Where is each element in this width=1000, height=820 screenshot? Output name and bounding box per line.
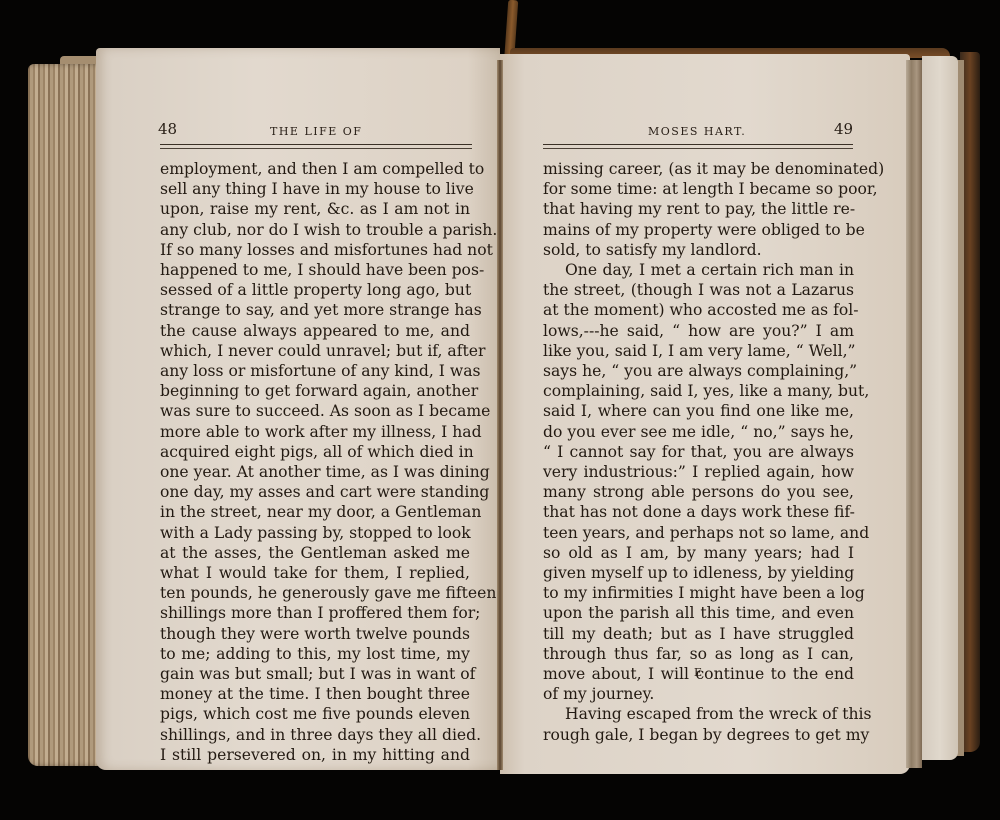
- text-line: one day, my asses and cart were standing: [160, 482, 470, 502]
- header-rule-left-thin: [160, 148, 472, 149]
- page-number-right: 49: [834, 120, 853, 138]
- text-line: One day, I met a certain rich man in: [543, 260, 854, 280]
- signature-mark: E: [694, 666, 702, 679]
- text-line: Having escaped from the wreck of this: [543, 704, 854, 724]
- header-rule-right-thin: [543, 148, 853, 149]
- text-line: in the street, near my door, a Gentleman: [160, 502, 470, 522]
- right-loose-leaf: [922, 56, 958, 760]
- text-line: though they were worth twelve pounds: [160, 624, 470, 644]
- running-head-right: MOSES HART.: [648, 125, 746, 138]
- text-line: beginning to get forward again, another: [160, 381, 470, 401]
- text-line: of my journey.: [543, 684, 854, 704]
- text-line: given myself up to idleness, by yielding: [543, 563, 854, 583]
- text-line: sessed of a little property long ago, bu…: [160, 280, 470, 300]
- running-head-left: THE LIFE OF: [270, 125, 362, 138]
- text-line: with a Lady passing by, stopped to look: [160, 523, 470, 543]
- text-line: said I, where can you find one like me,: [543, 401, 854, 421]
- text-line: do you ever see me idle, “ no,” says he,: [543, 422, 854, 442]
- text-line: like you, said I, I am very lame, “ Well…: [543, 341, 854, 361]
- text-line: through thus far, so as long as I can,: [543, 644, 854, 664]
- text-line: upon, raise my rent, &c. as I am not in: [160, 199, 470, 219]
- text-line: money at the time. I then bought three: [160, 684, 470, 704]
- text-line: very industrious:” I replied again, how: [543, 462, 854, 482]
- text-line: upon the parish all this time, and even: [543, 603, 854, 623]
- text-line: to my infirmities I might have been a lo…: [543, 583, 854, 603]
- text-line: I still persevered on, in my hitting and: [160, 745, 470, 765]
- text-line: more able to work after my illness, I ha…: [160, 422, 470, 442]
- text-line: that having my rent to pay, the little r…: [543, 199, 854, 219]
- text-line: teen years, and perhaps not so lame, and: [543, 523, 854, 543]
- text-line: complaining, said I, yes, like a many, b…: [543, 381, 854, 401]
- header-rule-right: [543, 144, 853, 145]
- left-page-body: employment, and then I am compelled to s…: [160, 159, 470, 765]
- text-line: strange to say, and yet more strange has: [160, 300, 470, 320]
- text-line: mains of my property were obliged to be: [543, 220, 854, 240]
- text-line: any loss or misfortune of any kind, I wa…: [160, 361, 470, 381]
- right-page-body: missing career, (as it may be denominate…: [543, 159, 854, 745]
- text-line: “ I cannot say for that, you are always: [543, 442, 854, 462]
- text-line: so old as I am, by many years; had I: [543, 543, 854, 563]
- text-line: that has not done a days work these fif-: [543, 502, 854, 522]
- text-line: sell any thing I have in my house to liv…: [160, 179, 470, 199]
- text-line: any club, nor do I wish to trouble a par…: [160, 220, 470, 240]
- text-line: gain was but small; but I was in want of: [160, 664, 470, 684]
- text-line: till my death; but as I have struggled: [543, 624, 854, 644]
- text-line: the street, (though I was not a Lazarus: [543, 280, 854, 300]
- text-line: at the moment) who accosted me as fol-: [543, 300, 854, 320]
- book-gutter: [497, 60, 503, 770]
- text-line: what I would take for them, I replied,: [160, 563, 470, 583]
- text-line: shillings, and in three days they all di…: [160, 725, 470, 745]
- text-line: If so many losses and misfortunes had no…: [160, 240, 470, 260]
- text-line: the cause always appeared to me, and: [160, 321, 470, 341]
- text-line: missing career, (as it may be denominate…: [543, 159, 854, 179]
- text-line: pigs, which cost me five pounds eleven: [160, 704, 470, 724]
- text-line: ten pounds, he generously gave me fiftee…: [160, 583, 470, 603]
- text-line: shillings more than I proffered them for…: [160, 603, 470, 623]
- text-line: at the asses, the Gentleman asked me: [160, 543, 470, 563]
- text-line: employment, and then I am compelled to: [160, 159, 470, 179]
- text-line: which, I never could unravel; but if, af…: [160, 341, 470, 361]
- text-line: sold, to satisfy my landlord.: [543, 240, 854, 260]
- text-line: acquired eight pigs, all of which died i…: [160, 442, 470, 462]
- text-line: rough gale, I began by degrees to get my: [543, 725, 854, 745]
- right-page-stack: [906, 60, 922, 768]
- text-line: many strong able persons do you see,: [543, 482, 854, 502]
- text-line: was sure to succeed. As soon as I became: [160, 401, 470, 421]
- header-rule-left: [160, 144, 472, 145]
- text-line: happened to me, I should have been pos-: [160, 260, 470, 280]
- text-line: to me; adding to this, my lost time, my: [160, 644, 470, 664]
- text-line: for some time: at length I became so poo…: [543, 179, 854, 199]
- page-number-left: 48: [158, 120, 177, 138]
- open-book-photo: 48 THE LIFE OF MOSES HART. 49 employment…: [0, 0, 1000, 820]
- text-line: one year. At another time, as I was dini…: [160, 462, 470, 482]
- text-line: says he, “ you are always complaining,”: [543, 361, 854, 381]
- text-line: lows,---he said, “ how are you?” I am: [543, 321, 854, 341]
